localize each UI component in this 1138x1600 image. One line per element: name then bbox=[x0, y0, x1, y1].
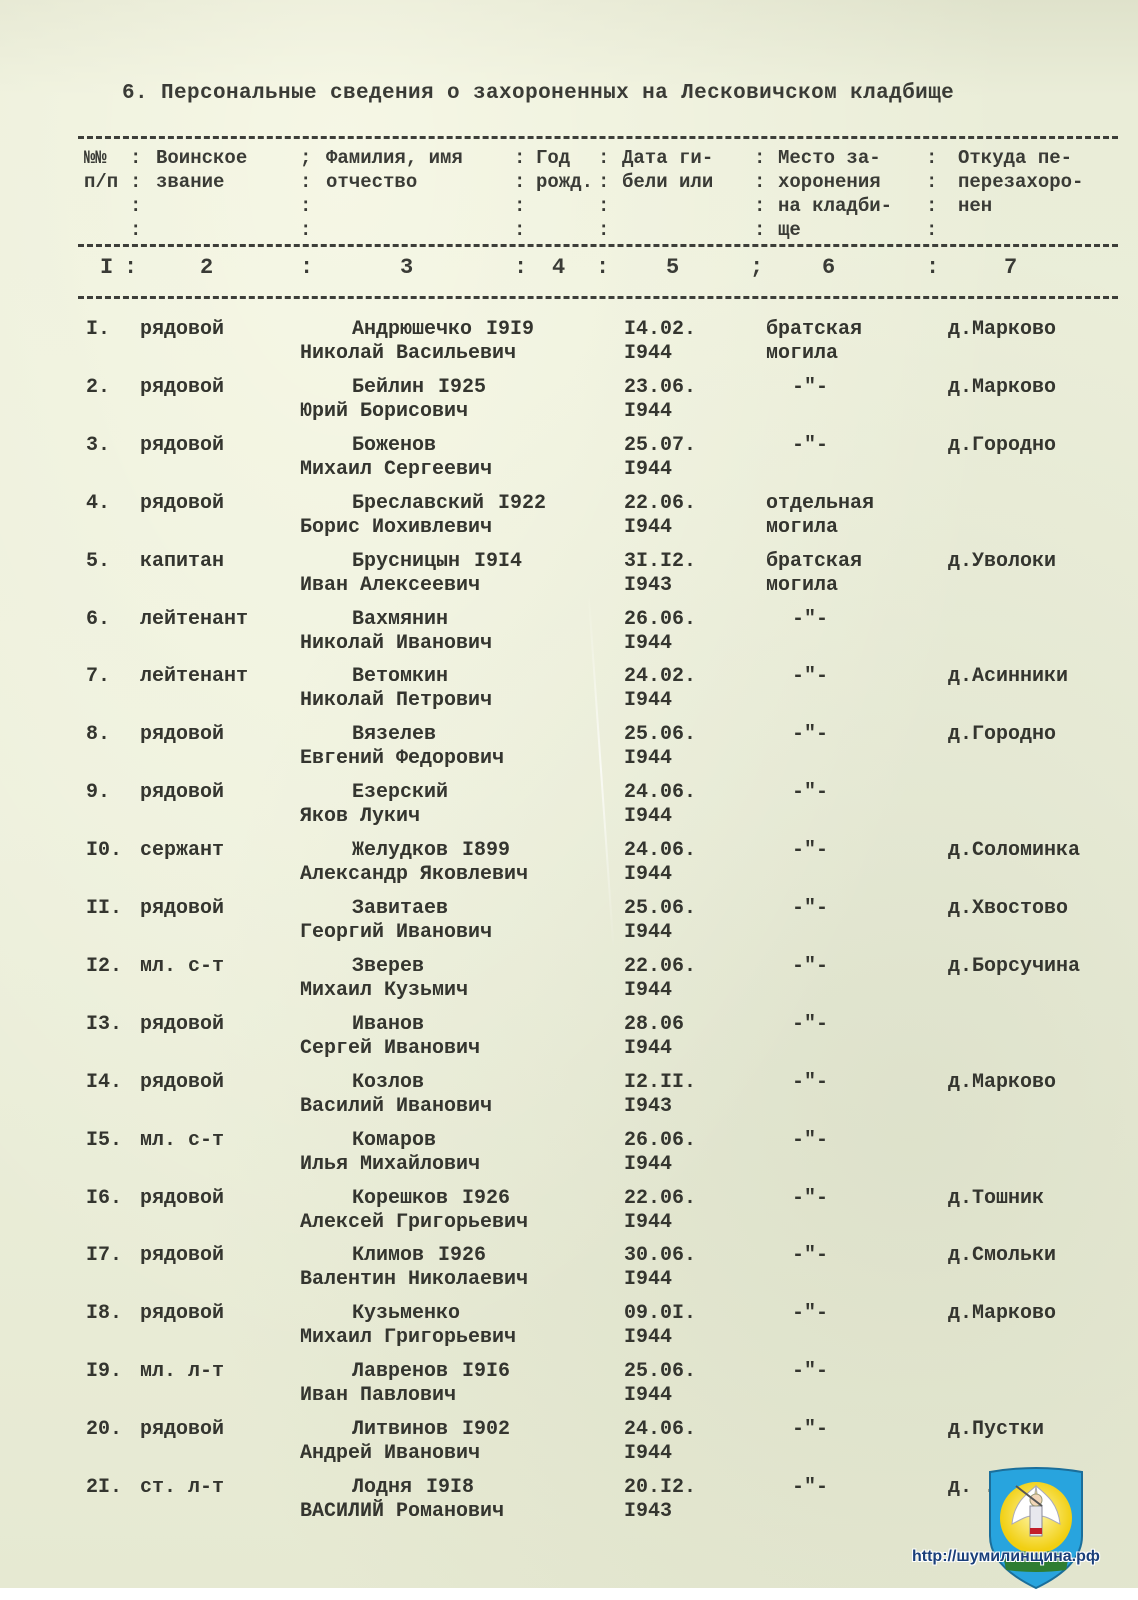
death-year: I944 bbox=[624, 458, 672, 482]
column-separator: : bbox=[514, 255, 527, 280]
header-col-3: Фамилия, имя отчество bbox=[326, 146, 463, 194]
surname: Боженов bbox=[352, 434, 436, 458]
surname: Лодня bbox=[352, 1476, 412, 1500]
military-rank: рядовой bbox=[140, 1071, 224, 1095]
military-rank: ст. л-т bbox=[140, 1476, 224, 1500]
death-date: 20.I2. bbox=[624, 1476, 696, 1500]
reburied-from: д.Асинники bbox=[948, 665, 1068, 689]
surname: Вязелев bbox=[352, 723, 436, 747]
given-name-patronymic: Евгений Федорович bbox=[300, 747, 504, 771]
column-separator: : : : : bbox=[130, 146, 141, 242]
column-separator: : bbox=[124, 255, 137, 280]
surname: Кузьменко bbox=[352, 1302, 460, 1326]
given-name-patronymic: Иван Павлович bbox=[300, 1384, 456, 1408]
document-page: 6. Персональные сведения о захороненных … bbox=[0, 0, 1138, 1600]
reburied-from: д.Смольки bbox=[948, 1244, 1056, 1268]
paper-edge bbox=[0, 1588, 1138, 1600]
row-number: I4. bbox=[86, 1071, 122, 1095]
column-number: 6 bbox=[822, 255, 835, 280]
death-year: I943 bbox=[624, 574, 672, 598]
given-name-patronymic: Борис Иохивлевич bbox=[300, 516, 492, 540]
given-name-patronymic: Георгий Иванович bbox=[300, 921, 492, 945]
reburied-from: д.Уволоки bbox=[948, 550, 1056, 574]
burial-place: -"- bbox=[792, 665, 828, 689]
row-number: I0. bbox=[86, 839, 122, 863]
death-year: I944 bbox=[624, 1211, 672, 1235]
surname: Корешков bbox=[352, 1187, 448, 1211]
military-rank: рядовой bbox=[140, 781, 224, 805]
reburied-from: д.Марково bbox=[948, 376, 1056, 400]
death-year: I944 bbox=[624, 1442, 672, 1466]
birth-year: I9I4 bbox=[474, 550, 522, 574]
given-name-patronymic: Илья Михайлович bbox=[300, 1153, 480, 1177]
table-row: I.рядовойАндрюшечкоНиколай ВасильевичI9I… bbox=[0, 318, 1138, 376]
column-separator: : bbox=[926, 255, 939, 280]
death-date: 28.06 bbox=[624, 1013, 684, 1037]
table-row: 3.рядовойБоженовМихаил Сергеевич25.07.I9… bbox=[0, 434, 1138, 492]
row-number: 6. bbox=[86, 608, 110, 632]
death-year: I944 bbox=[624, 979, 672, 1003]
given-name-patronymic: Михаил Кузьмич bbox=[300, 979, 468, 1003]
birth-year: I926 bbox=[438, 1244, 486, 1268]
table-row: I9.мл. л-тЛавреновИван ПавловичI9I625.06… bbox=[0, 1360, 1138, 1418]
death-date: I2.II. bbox=[624, 1071, 696, 1095]
table-row: I5.мл. с-тКомаровИлья Михайлович26.06.I9… bbox=[0, 1129, 1138, 1187]
given-name-patronymic: Александр Яковлевич bbox=[300, 863, 528, 887]
row-number: 7. bbox=[86, 665, 110, 689]
row-number: II. bbox=[86, 897, 122, 921]
military-rank: лейтенант bbox=[140, 608, 248, 632]
burial-place: -"- bbox=[792, 1129, 828, 1153]
death-date: 24.06. bbox=[624, 839, 696, 863]
military-rank: рядовой bbox=[140, 723, 224, 747]
table-row: 8.рядовойВязелевЕвгений Федорович25.06.I… bbox=[0, 723, 1138, 781]
death-date: 09.0I. bbox=[624, 1302, 696, 1326]
military-rank: рядовой bbox=[140, 434, 224, 458]
surname: Бейлин bbox=[352, 376, 424, 400]
column-separator: ; bbox=[750, 255, 763, 280]
surname: Желудков bbox=[352, 839, 448, 863]
burial-place: отдельная bbox=[766, 492, 874, 516]
burial-place: -"- bbox=[792, 723, 828, 747]
row-number: 20. bbox=[86, 1418, 122, 1442]
table-row: II.рядовойЗавитаевГеоргий Иванович25.06.… bbox=[0, 897, 1138, 955]
military-rank: лейтенант bbox=[140, 665, 248, 689]
column-number: 4 bbox=[552, 255, 565, 280]
surname: Комаров bbox=[352, 1129, 436, 1153]
row-number: I6. bbox=[86, 1187, 122, 1211]
burial-place: -"- bbox=[792, 839, 828, 863]
surname: Вахмянин bbox=[352, 608, 448, 632]
death-year: I943 bbox=[624, 1500, 672, 1524]
row-number: 3. bbox=[86, 434, 110, 458]
column-separator: : bbox=[596, 255, 609, 280]
burial-place-line2: могила bbox=[766, 342, 838, 366]
death-date: 25.06. bbox=[624, 723, 696, 747]
header-col-1: №№ п/п bbox=[84, 146, 118, 194]
death-year: I944 bbox=[624, 747, 672, 771]
burial-place-line2: могила bbox=[766, 516, 838, 540]
death-date: I4.02. bbox=[624, 318, 696, 342]
column-separator: : : : : bbox=[754, 146, 765, 242]
birth-year: I926 bbox=[462, 1187, 510, 1211]
birth-year: I925 bbox=[438, 376, 486, 400]
header-bottom-rule bbox=[78, 296, 1118, 299]
given-name-patronymic: Алексей Григорьевич bbox=[300, 1211, 528, 1235]
death-date: 24.06. bbox=[624, 781, 696, 805]
given-name-patronymic: Юрий Борисович bbox=[300, 400, 468, 424]
birth-year: I9I9 bbox=[486, 318, 534, 342]
row-number: 2. bbox=[86, 376, 110, 400]
table-row: I0.сержантЖелудковАлександр ЯковлевичI89… bbox=[0, 839, 1138, 897]
column-number: 3 bbox=[400, 255, 413, 280]
row-number: I5. bbox=[86, 1129, 122, 1153]
table-row: I4.рядовойКозловВасилий ИвановичI2.II.I9… bbox=[0, 1071, 1138, 1129]
burial-place: -"- bbox=[792, 1013, 828, 1037]
reburied-from: д.Соломинка bbox=[948, 839, 1080, 863]
row-number: I2. bbox=[86, 955, 122, 979]
table-row: 6.лейтенантВахмянинНиколай Иванович26.06… bbox=[0, 608, 1138, 666]
death-date: 30.06. bbox=[624, 1244, 696, 1268]
row-number: 4. bbox=[86, 492, 110, 516]
death-year: I944 bbox=[624, 632, 672, 656]
table-row: 2I.ст. л-тЛодняВАСИЛИЙ РомановичI9I820.I… bbox=[0, 1476, 1138, 1534]
burial-place: -"- bbox=[792, 1476, 828, 1500]
birth-year: I899 bbox=[462, 839, 510, 863]
burial-place: -"- bbox=[792, 608, 828, 632]
row-number: 2I. bbox=[86, 1476, 122, 1500]
burial-place: -"- bbox=[792, 434, 828, 458]
document-title: 6. Персональные сведения о захороненных … bbox=[122, 82, 954, 105]
death-date: 24.06. bbox=[624, 1418, 696, 1442]
death-year: I944 bbox=[624, 1268, 672, 1292]
death-date: 22.06. bbox=[624, 492, 696, 516]
given-name-patronymic: Валентин Николаевич bbox=[300, 1268, 528, 1292]
surname: Завитаев bbox=[352, 897, 448, 921]
surname: Зверев bbox=[352, 955, 424, 979]
death-year: I944 bbox=[624, 1037, 672, 1061]
reburied-from: д.Тошник bbox=[948, 1187, 1044, 1211]
death-date: 3I.I2. bbox=[624, 550, 696, 574]
column-number: 5 bbox=[666, 255, 679, 280]
column-number: I bbox=[100, 255, 113, 280]
surname: Бреславский bbox=[352, 492, 484, 516]
death-year: I944 bbox=[624, 1153, 672, 1177]
column-separator: : : : : bbox=[926, 146, 937, 242]
column-separator: ; : : : bbox=[300, 146, 311, 242]
table-row: I7.рядовойКлимовВалентин НиколаевичI9263… bbox=[0, 1244, 1138, 1302]
military-rank: мл. л-т bbox=[140, 1360, 224, 1384]
military-rank: мл. с-т bbox=[140, 955, 224, 979]
burial-place: -"- bbox=[792, 897, 828, 921]
surname: Климов bbox=[352, 1244, 424, 1268]
death-date: 25.06. bbox=[624, 897, 696, 921]
birth-year: I9I8 bbox=[426, 1476, 474, 1500]
death-year: I943 bbox=[624, 1095, 672, 1119]
death-year: I944 bbox=[624, 1326, 672, 1350]
death-year: I944 bbox=[624, 342, 672, 366]
burial-place: -"- bbox=[792, 1244, 828, 1268]
burial-place: братская bbox=[766, 318, 862, 342]
birth-year: I902 bbox=[462, 1418, 510, 1442]
surname: Козлов bbox=[352, 1071, 424, 1095]
table-row: I8.рядовойКузьменкоМихаил Григорьевич09.… bbox=[0, 1302, 1138, 1360]
death-year: I944 bbox=[624, 805, 672, 829]
row-number: 5. bbox=[86, 550, 110, 574]
burial-place: -"- bbox=[792, 1071, 828, 1095]
surname: Литвинов bbox=[352, 1418, 448, 1442]
table-row: I6.рядовойКорешковАлексей ГригорьевичI92… bbox=[0, 1187, 1138, 1245]
military-rank: капитан bbox=[140, 550, 224, 574]
burial-place: -"- bbox=[792, 1187, 828, 1211]
military-rank: рядовой bbox=[140, 376, 224, 400]
table-row: I3.рядовойИвановСергей Иванович28.06I944… bbox=[0, 1013, 1138, 1071]
death-year: I944 bbox=[624, 863, 672, 887]
column-separator: : bbox=[300, 255, 313, 280]
reburied-from: д.Марково bbox=[948, 1071, 1056, 1095]
row-number: I7. bbox=[86, 1244, 122, 1268]
death-date: 23.06. bbox=[624, 376, 696, 400]
reburied-from: д.Хвостово bbox=[948, 897, 1068, 921]
row-number: 9. bbox=[86, 781, 110, 805]
surname: Лавренов bbox=[352, 1360, 448, 1384]
header-col-2: Воинское звание bbox=[156, 146, 247, 194]
given-name-patronymic: Андрей Иванович bbox=[300, 1442, 480, 1466]
row-number: I9. bbox=[86, 1360, 122, 1384]
reburied-from: д.Городно bbox=[948, 434, 1056, 458]
military-rank: рядовой bbox=[140, 1244, 224, 1268]
coat-of-arms-icon bbox=[986, 1466, 1086, 1590]
death-date: 22.06. bbox=[624, 1187, 696, 1211]
surname: Брусницын bbox=[352, 550, 460, 574]
burial-place: -"- bbox=[792, 955, 828, 979]
death-date: 25.06. bbox=[624, 1360, 696, 1384]
header-col-4: Год рожд. bbox=[536, 146, 593, 194]
burial-place: братская bbox=[766, 550, 862, 574]
given-name-patronymic: Михаил Сергеевич bbox=[300, 458, 492, 482]
death-date: 26.06. bbox=[624, 1129, 696, 1153]
burial-place: -"- bbox=[792, 781, 828, 805]
header-mid-rule bbox=[78, 244, 1118, 247]
burial-place: -"- bbox=[792, 1302, 828, 1326]
given-name-patronymic: Василий Иванович bbox=[300, 1095, 492, 1119]
death-date: 25.07. bbox=[624, 434, 696, 458]
given-name-patronymic: Николай Иванович bbox=[300, 632, 492, 656]
header-col-6: Место за- хоронения на кладби- ще bbox=[778, 146, 892, 242]
burial-place: -"- bbox=[792, 376, 828, 400]
header-col-5: Дата ги- бели или bbox=[622, 146, 713, 194]
given-name-patronymic: Николай Петрович bbox=[300, 689, 492, 713]
table-row: 20.рядовойЛитвиновАндрей ИвановичI90224.… bbox=[0, 1418, 1138, 1476]
death-year: I944 bbox=[624, 400, 672, 424]
military-rank: мл. с-т bbox=[140, 1129, 224, 1153]
site-watermark-url: http://шумилинщина.рф bbox=[912, 1548, 1100, 1566]
reburied-from: д.Городно bbox=[948, 723, 1056, 747]
death-date: 22.06. bbox=[624, 955, 696, 979]
table-row: 5.капитанБрусницынИван АлексеевичI9I43I.… bbox=[0, 550, 1138, 608]
row-number: I3. bbox=[86, 1013, 122, 1037]
given-name-patronymic: Сергей Иванович bbox=[300, 1037, 480, 1061]
header-col-7: Откуда пе- перезахоро- нен bbox=[958, 146, 1083, 218]
military-rank: рядовой bbox=[140, 1418, 224, 1442]
death-date: 26.06. bbox=[624, 608, 696, 632]
column-number: 2 bbox=[200, 255, 213, 280]
row-number: I8. bbox=[86, 1302, 122, 1326]
military-rank: сержант bbox=[140, 839, 224, 863]
military-rank: рядовой bbox=[140, 1302, 224, 1326]
row-number: 8. bbox=[86, 723, 110, 747]
surname: Ветомкин bbox=[352, 665, 448, 689]
surname: Иванов bbox=[352, 1013, 424, 1037]
burial-place: -"- bbox=[792, 1418, 828, 1442]
death-year: I944 bbox=[624, 1384, 672, 1408]
surname: Езерский bbox=[352, 781, 448, 805]
column-separator: : : : : bbox=[514, 146, 525, 242]
column-number: 7 bbox=[1004, 255, 1017, 280]
given-name-patronymic: Николай Васильевич bbox=[300, 342, 516, 366]
given-name-patronymic: Иван Алексеевич bbox=[300, 574, 480, 598]
burial-place: -"- bbox=[792, 1360, 828, 1384]
given-name-patronymic: Михаил Григорьевич bbox=[300, 1326, 516, 1350]
death-year: I944 bbox=[624, 921, 672, 945]
burial-place-line2: могила bbox=[766, 574, 838, 598]
given-name-patronymic: Яков Лукич bbox=[300, 805, 420, 829]
table-row: 9.рядовойЕзерскийЯков Лукич24.06.I944-"- bbox=[0, 781, 1138, 839]
reburied-from: д.Марково bbox=[948, 1302, 1056, 1326]
reburied-from: д.Пустки bbox=[948, 1418, 1044, 1442]
death-date: 24.02. bbox=[624, 665, 696, 689]
birth-year: I9I6 bbox=[462, 1360, 510, 1384]
death-year: I944 bbox=[624, 689, 672, 713]
birth-year: I922 bbox=[498, 492, 546, 516]
reburied-from: д.Марково bbox=[948, 318, 1056, 342]
table-row: I2.мл. с-тЗверевМихаил Кузьмич22.06.I944… bbox=[0, 955, 1138, 1013]
military-rank: рядовой bbox=[140, 1187, 224, 1211]
column-separator: : : : : bbox=[598, 146, 609, 242]
military-rank: рядовой bbox=[140, 1013, 224, 1037]
military-rank: рядовой bbox=[140, 492, 224, 516]
table-row: 2.рядовойБейлинЮрий БорисовичI92523.06.I… bbox=[0, 376, 1138, 434]
military-rank: рядовой bbox=[140, 897, 224, 921]
table-row: 4.рядовойБреславскийБорис ИохивлевичI922… bbox=[0, 492, 1138, 550]
surname: Андрюшечко bbox=[352, 318, 472, 342]
military-rank: рядовой bbox=[140, 318, 224, 342]
table-row: 7.лейтенантВетомкинНиколай Петрович24.02… bbox=[0, 665, 1138, 723]
given-name-patronymic: ВАСИЛИЙ Романович bbox=[300, 1500, 504, 1524]
death-year: I944 bbox=[624, 516, 672, 540]
reburied-from: д.Борсучина bbox=[948, 955, 1080, 979]
row-number: I. bbox=[86, 318, 110, 342]
header-top-rule bbox=[78, 136, 1118, 139]
